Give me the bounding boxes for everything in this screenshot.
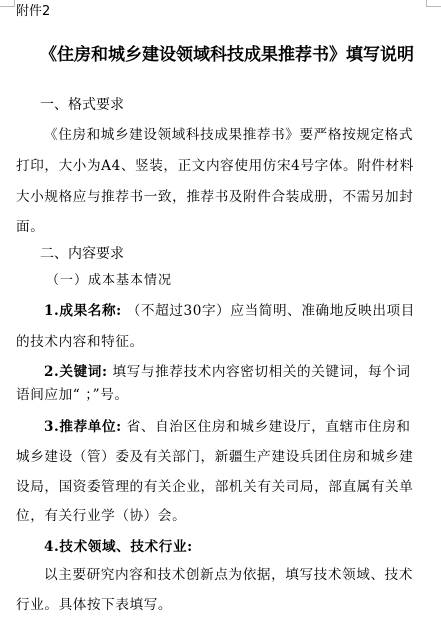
item-achievement-name: 1.成果名称: （不超过30字）应当简明、准确地反映出项目 bbox=[44, 303, 415, 319]
item-text: 省、自治区住房和城乡建设厅，直辖市住房和 bbox=[127, 419, 411, 435]
section-heading-content: 二、内容要求 bbox=[40, 246, 124, 262]
subsection-heading: （一）成本基本情况 bbox=[46, 273, 172, 289]
paragraph-line: 位，有关行业学（协）会。 bbox=[16, 508, 186, 524]
paragraph-line: 面。 bbox=[16, 219, 44, 235]
paragraph-line: 打印，大小为A4、竖装，正文内容使用仿宋4号字体。附件材料 bbox=[16, 158, 414, 174]
item-label: 3.推荐单位: bbox=[44, 419, 122, 435]
item-text: 填写与推荐技术内容密切相关的关键词，每个词 bbox=[113, 364, 411, 380]
section-heading-format: 一、格式要求 bbox=[40, 97, 124, 113]
paragraph-line: 以主要研究内容和技术创新点为依据，填写技术领域、技术 bbox=[44, 567, 413, 583]
paragraph-line: 设局，国资委管理的有关企业，部机关有关司局，部直属有关单 bbox=[16, 479, 413, 495]
item-label: 1.成果名称: bbox=[44, 303, 122, 319]
paragraph-line: 行业。具体按下表填写。 bbox=[16, 597, 172, 613]
paragraph-line: 《住房和城乡建设领域科技成果推荐书》要严格按规定格式 bbox=[44, 127, 413, 143]
document-title: 《住房和城乡建设领域科技成果推荐书》填写说明 bbox=[40, 44, 414, 66]
item-keywords: 2.关键词: 填写与推荐技术内容密切相关的关键词，每个词 bbox=[44, 364, 411, 380]
item-text: （不超过30字）应当简明、准确地反映出项目 bbox=[127, 303, 415, 319]
paragraph-line: 的技术内容和特征。 bbox=[16, 334, 144, 350]
page-corner-mark-right bbox=[426, 0, 441, 7]
item-tech-field: 4.技术领域、技术行业: bbox=[44, 539, 193, 555]
page-corner-mark-left bbox=[0, 0, 15, 7]
paragraph-line: 城乡建设（管）委及有关部门，新疆生产建设兵团住房和城乡建 bbox=[16, 449, 413, 465]
item-label: 2.关键词: bbox=[44, 364, 108, 380]
item-recommending-unit: 3.推荐单位: 省、自治区住房和城乡建设厅，直辖市住房和 bbox=[44, 419, 411, 435]
paragraph-line: 语间应加“ ；”号。 bbox=[16, 387, 129, 403]
paragraph-line: 大小规格应与推荐书一致，推荐书及附件合装成册，不需另加封 bbox=[16, 189, 413, 205]
attachment-label: 附件2 bbox=[16, 4, 50, 20]
